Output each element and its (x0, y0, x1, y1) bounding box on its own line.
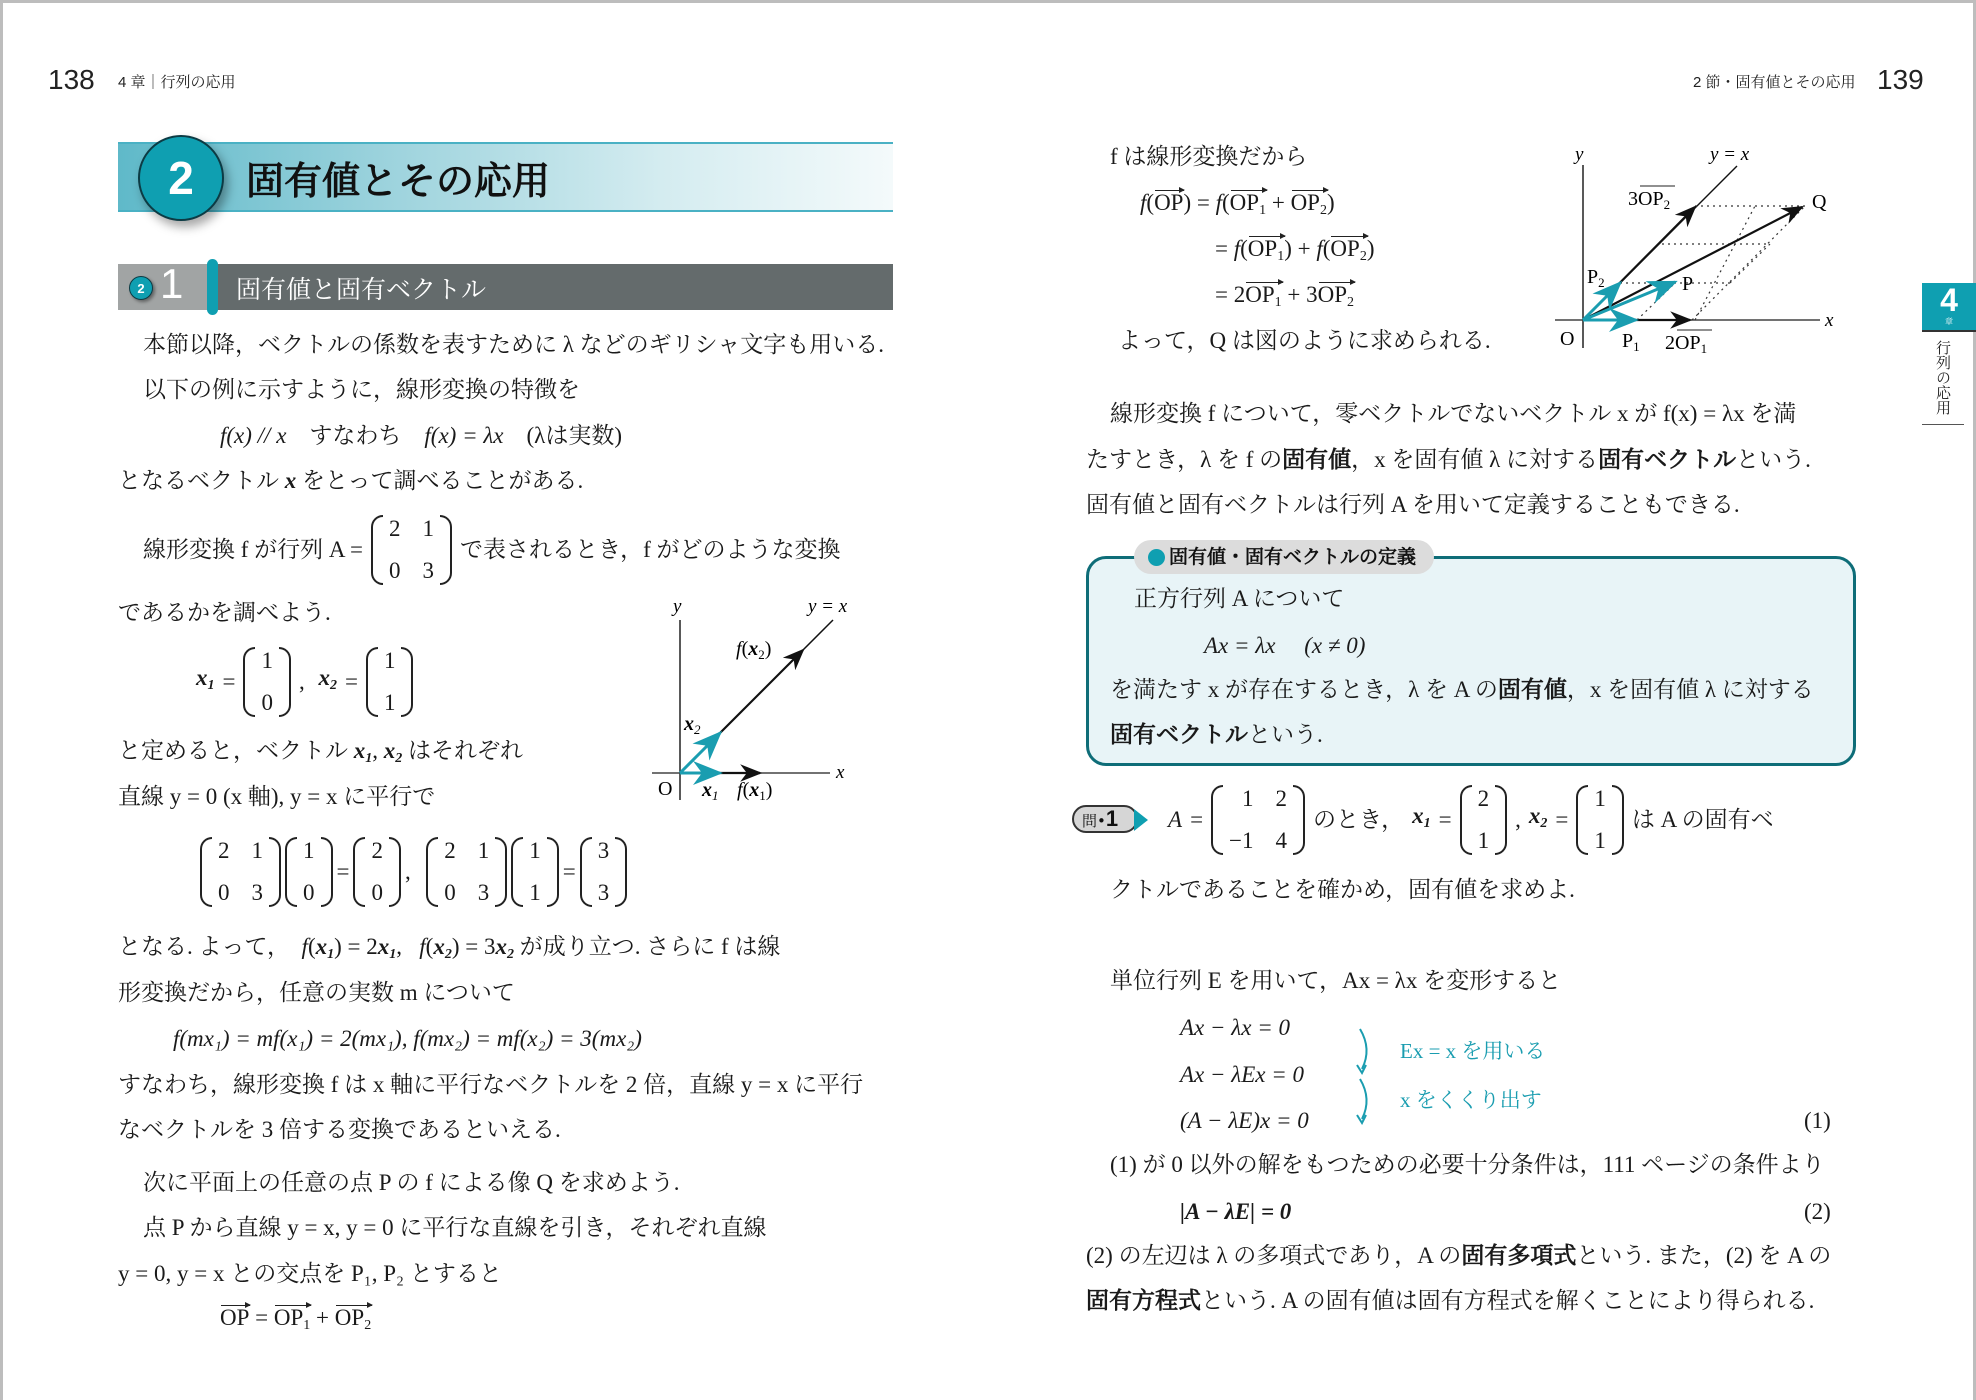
definition-line: 正方行列 A について (1134, 583, 1344, 615)
paragraph: (1) が 0 以外の解をもつための必要十分条件は，111 ページの条件より (1110, 1149, 1825, 1181)
product1-vector: 10 (285, 837, 333, 907)
paragraph: 形変換だから，任意の実数 m について (118, 977, 515, 1009)
equation-op-sum: OP = OP1 + OP2 (220, 1302, 371, 1342)
subsection-title: 固有値と固有ベクトル (236, 270, 486, 306)
subsection-header-band (118, 264, 893, 310)
text: はそれぞれ (408, 738, 523, 763)
derivation-note2: x をくくり出す (1400, 1084, 1542, 1116)
right-running-head: 2 節・固有値とその応用 (1693, 71, 1856, 92)
figure-image-Q-diagram: y y = x x O Q P P2 P1 2OP1 3OP2 (1540, 140, 1870, 360)
equation-line: = f(OP1) + f(OP2) (1215, 233, 1374, 273)
keyword-eigenvalue: 固有値 (1282, 447, 1351, 473)
product2-result: 33 (580, 837, 628, 907)
equation-line: f(OP) = f(OP1 + OP2) (1140, 187, 1335, 227)
text: という. A の固有値は固有方程式を解くことにより得られる. (1201, 1288, 1814, 1313)
paragraph: となるベクトル x をとって調べることがある. (118, 465, 583, 497)
origin-label: O (658, 778, 672, 800)
vector-2OP1-label: 2OP1 (1665, 332, 1707, 356)
paragraph: 次に平面上の任意の点 P の f による像 Q を求めよう. (143, 1167, 679, 1199)
equation-parallel: f(x) // x すなわち f(x) = λx (λは実数) (220, 420, 622, 452)
point-P-label: P (1682, 273, 1693, 295)
product2-vector: 11 (511, 837, 559, 907)
paragraph-matrix-A: 線形変換 f が行列 A = 2 1 0 3 で表されるとき，f がどのような変… (143, 504, 840, 596)
paragraph: と定めると，ベクトル x1, x2 はそれぞれ (118, 735, 523, 775)
subsection-section-badge: 2 (129, 276, 153, 300)
text: ，x を固有値 λ に対する (1567, 677, 1814, 702)
axis-y-label: y (1573, 144, 1584, 165)
definition-title-text: 固有値・固有ベクトルの定義 (1169, 540, 1416, 574)
vector-cell: 0 (261, 689, 273, 717)
paragraph: 本節以降，ベクトルの係数を表すために λ などのギリシャ文字も用いる. (143, 329, 884, 361)
equation-scalar: f(mx₁) = mf(x₁) = 2(mx₁), f(mx₂) = mf(x₂… (173, 1023, 642, 1055)
text: を満たす x が存在するとき，λ を A の (1110, 677, 1498, 702)
keyword-eigenvector: 固有ベクトル (1110, 722, 1248, 748)
problem-x1: 21 (1460, 785, 1508, 855)
line-label: y = x (806, 596, 848, 617)
vector-label: x1 (196, 662, 215, 702)
problem-statement: A= 12 −14 のとき， x1= 21 , x2= 11 は A の固有ベ (1168, 774, 1774, 866)
left-page-number: 138 (48, 64, 95, 96)
product1-matrix: 21 03 (200, 837, 281, 907)
paragraph: 単位行列 E を用いて，Ax = λx を変形すると (1110, 965, 1561, 997)
fx2-label: f(x2) (736, 638, 771, 662)
equation-number: (2) (1804, 1196, 1831, 1228)
problem-badge: 問•1 (1072, 805, 1138, 833)
vector-x1: 1 0 (243, 647, 291, 717)
matrix-cell: 2 (389, 515, 401, 543)
paragraph: 固有方程式という. A の固有値は固有方程式を解くことにより得られる. (1086, 1285, 1814, 1317)
fx1-label: f(x1) (737, 779, 772, 803)
problem-number: 1 (1106, 806, 1118, 831)
right-page-number: 139 (1877, 64, 1924, 96)
paragraph: (2) の左辺は λ の多項式であり，A の固有多項式という. また，(2) を… (1086, 1240, 1831, 1272)
paragraph: 点 P から直線 y = x, y = 0 に平行な直線を引き，それぞれ直線 (143, 1212, 766, 1244)
derivation-step1: Ax − λx = 0 (1180, 1012, 1290, 1044)
point-P2-label: P2 (1587, 266, 1605, 290)
section-title: 固有値とその応用 (246, 150, 550, 205)
paragraph: 以下の例に示すように，線形変換の特徴を (143, 374, 580, 406)
section-number-badge: 2 (138, 135, 224, 221)
text: をとって調べることがある. (302, 468, 583, 493)
axis-x-label: x (1824, 310, 1834, 331)
vector-definitions: x1= 1 0 , x2= 1 1 (196, 636, 413, 728)
text: という. (1248, 722, 1323, 747)
math-expr: Ax = λx (1204, 633, 1275, 658)
axis-x-label: x (835, 762, 845, 783)
figure-eigenvector-diagram: y y = x x O f(x2) x2 x1 f(x1) (640, 590, 870, 810)
vector-cell: 1 (261, 647, 273, 675)
vector-cell: 1 (384, 647, 396, 675)
paragraph: 直線 y = 0 (x 軸), y = x に平行で (118, 781, 435, 813)
matrix-A: 2 1 0 3 (371, 515, 452, 585)
derivation-step2: Ax − λEx = 0 (1180, 1059, 1304, 1091)
definition-title: 固有値・固有ベクトルの定義 (1134, 540, 1434, 574)
left-running-head: 4 章｜行列の応用 (118, 71, 236, 92)
keyword-characteristic-polynomial: 固有多項式 (1461, 1243, 1576, 1269)
subsection-accent-bar (207, 259, 218, 315)
x2-label: x2 (683, 713, 701, 737)
text: たすとき，λ を f の (1086, 447, 1282, 472)
text: 線形変換 f が行列 A = (143, 534, 363, 566)
chapter-tab-divider (1922, 330, 1976, 332)
definition-line: 固有ベクトルという. (1110, 719, 1323, 751)
triangle-right-icon (1134, 809, 1148, 831)
vector-x2: 1 1 (366, 647, 414, 717)
text: は A の固有ベ (1632, 804, 1774, 836)
math-expr: f(x) // x (220, 423, 286, 448)
problem-matrix: 12 −14 (1211, 785, 1305, 855)
definition-line: を満たす x が存在するとき，λ を A の固有値，x を固有値 λ に対する (1110, 674, 1814, 706)
matrix-cell: 1 (422, 515, 434, 543)
vector-x: x (285, 468, 297, 493)
chapter-tab-suffix: 章 (1922, 317, 1976, 327)
point-P1-label: P1 (1622, 330, 1640, 354)
keyword-eigenvector: 固有ベクトル (1598, 447, 1736, 473)
text: となる. よって， (118, 934, 290, 959)
problem-badge-label: 問• (1082, 812, 1106, 830)
vector-label: x2 (318, 662, 337, 702)
x1-label: x1 (701, 779, 719, 803)
line-label: y = x (1708, 144, 1750, 165)
text: となるベクトル (118, 468, 279, 493)
equation-line: = 2OP1 + 3OP2 (1215, 279, 1354, 319)
curved-arrows-icon (1352, 1025, 1382, 1125)
product1-result: 20 (353, 837, 401, 907)
subsection-number: 1 (160, 260, 183, 308)
chapter-tab-divider-bottom (1922, 424, 1964, 425)
paragraph: f は線形変換だから (1110, 141, 1307, 173)
text: (2) の左辺は λ の多項式であり，A の (1086, 1243, 1461, 1268)
text: のとき， (1313, 804, 1404, 836)
derivation-note1: Ex = x を用いる (1400, 1035, 1545, 1067)
math-expr: f(x) = λx (424, 423, 503, 448)
bullet-icon (1148, 549, 1165, 566)
equation-number: (1) (1804, 1105, 1831, 1137)
keyword-characteristic-equation: 固有方程式 (1086, 1288, 1201, 1314)
keyword-eigenvalue: 固有値 (1498, 677, 1567, 703)
matrix-cell: 0 (389, 557, 401, 585)
paragraph: y = 0, y = x との交点を P₁, P₂ とすると (118, 1258, 502, 1290)
problem-x2: 11 (1576, 785, 1624, 855)
chapter-tab-number: 4 (1922, 283, 1976, 317)
math-condition: (x ≠ 0) (1304, 633, 1365, 658)
product2-matrix: 21 03 (426, 837, 507, 907)
text: という. (1736, 447, 1811, 472)
matrix-cell: 3 (422, 557, 434, 585)
paragraph: すなわち，線形変換 f は x 軸に平行なベクトルを 2 倍，直線 y = x … (118, 1069, 863, 1101)
paragraph: よって，Q は図のように求められる. (1118, 325, 1491, 357)
chapter-tab-label: 行列の応用 (1931, 340, 1951, 415)
paragraph: なベクトルを 3 倍する変換であるといえる. (118, 1114, 561, 1146)
origin-label: O (1560, 328, 1574, 350)
paragraph: 固有値と固有ベクトルは行列 A を用いて定義することもできる. (1086, 489, 1740, 521)
math-note: (λは実数) (527, 423, 622, 448)
paragraph: 線形変換 f について，零ベクトルでないベクトル x が f(x) = λx を… (1110, 398, 1796, 430)
math-connector: すなわち (309, 423, 401, 448)
point-Q-label: Q (1812, 191, 1827, 213)
determinant-equation: |A − λE| = 0 (1180, 1196, 1291, 1228)
paragraph: であるかを調べよう. (118, 597, 331, 629)
text: ，x を固有値 λ に対する (1351, 447, 1598, 472)
axis-y-label: y (671, 596, 682, 617)
text: と定めると，ベクトル (118, 738, 348, 763)
text: で表されるとき，f がどのような変換 (460, 534, 841, 566)
derivation-step3: (A − λE)x = 0 (1180, 1105, 1309, 1137)
problem-statement-cont: クトルであることを確かめ，固有値を求めよ. (1110, 874, 1575, 906)
text: が成り立つ. さらに f は線 (520, 934, 781, 959)
text: という. また，(2) を A の (1576, 1243, 1831, 1268)
definition-equation: Ax = λx (x ≠ 0) (1204, 630, 1365, 662)
matrix-products: 21 03 10 = 20 , 21 03 11 = 33 (200, 826, 627, 918)
chapter-tab[interactable]: 4 章 (1922, 283, 1976, 330)
vector-3OP2-label: 3OP2 (1628, 188, 1670, 212)
vector-cell: 1 (384, 689, 396, 717)
paragraph: たすとき，λ を f の固有値，x を固有値 λ に対する固有ベクトルという. (1086, 444, 1811, 476)
paragraph: となる. よって， f(x1) = 2x1, f(x2) = 3x2 が成り立つ… (118, 931, 780, 971)
